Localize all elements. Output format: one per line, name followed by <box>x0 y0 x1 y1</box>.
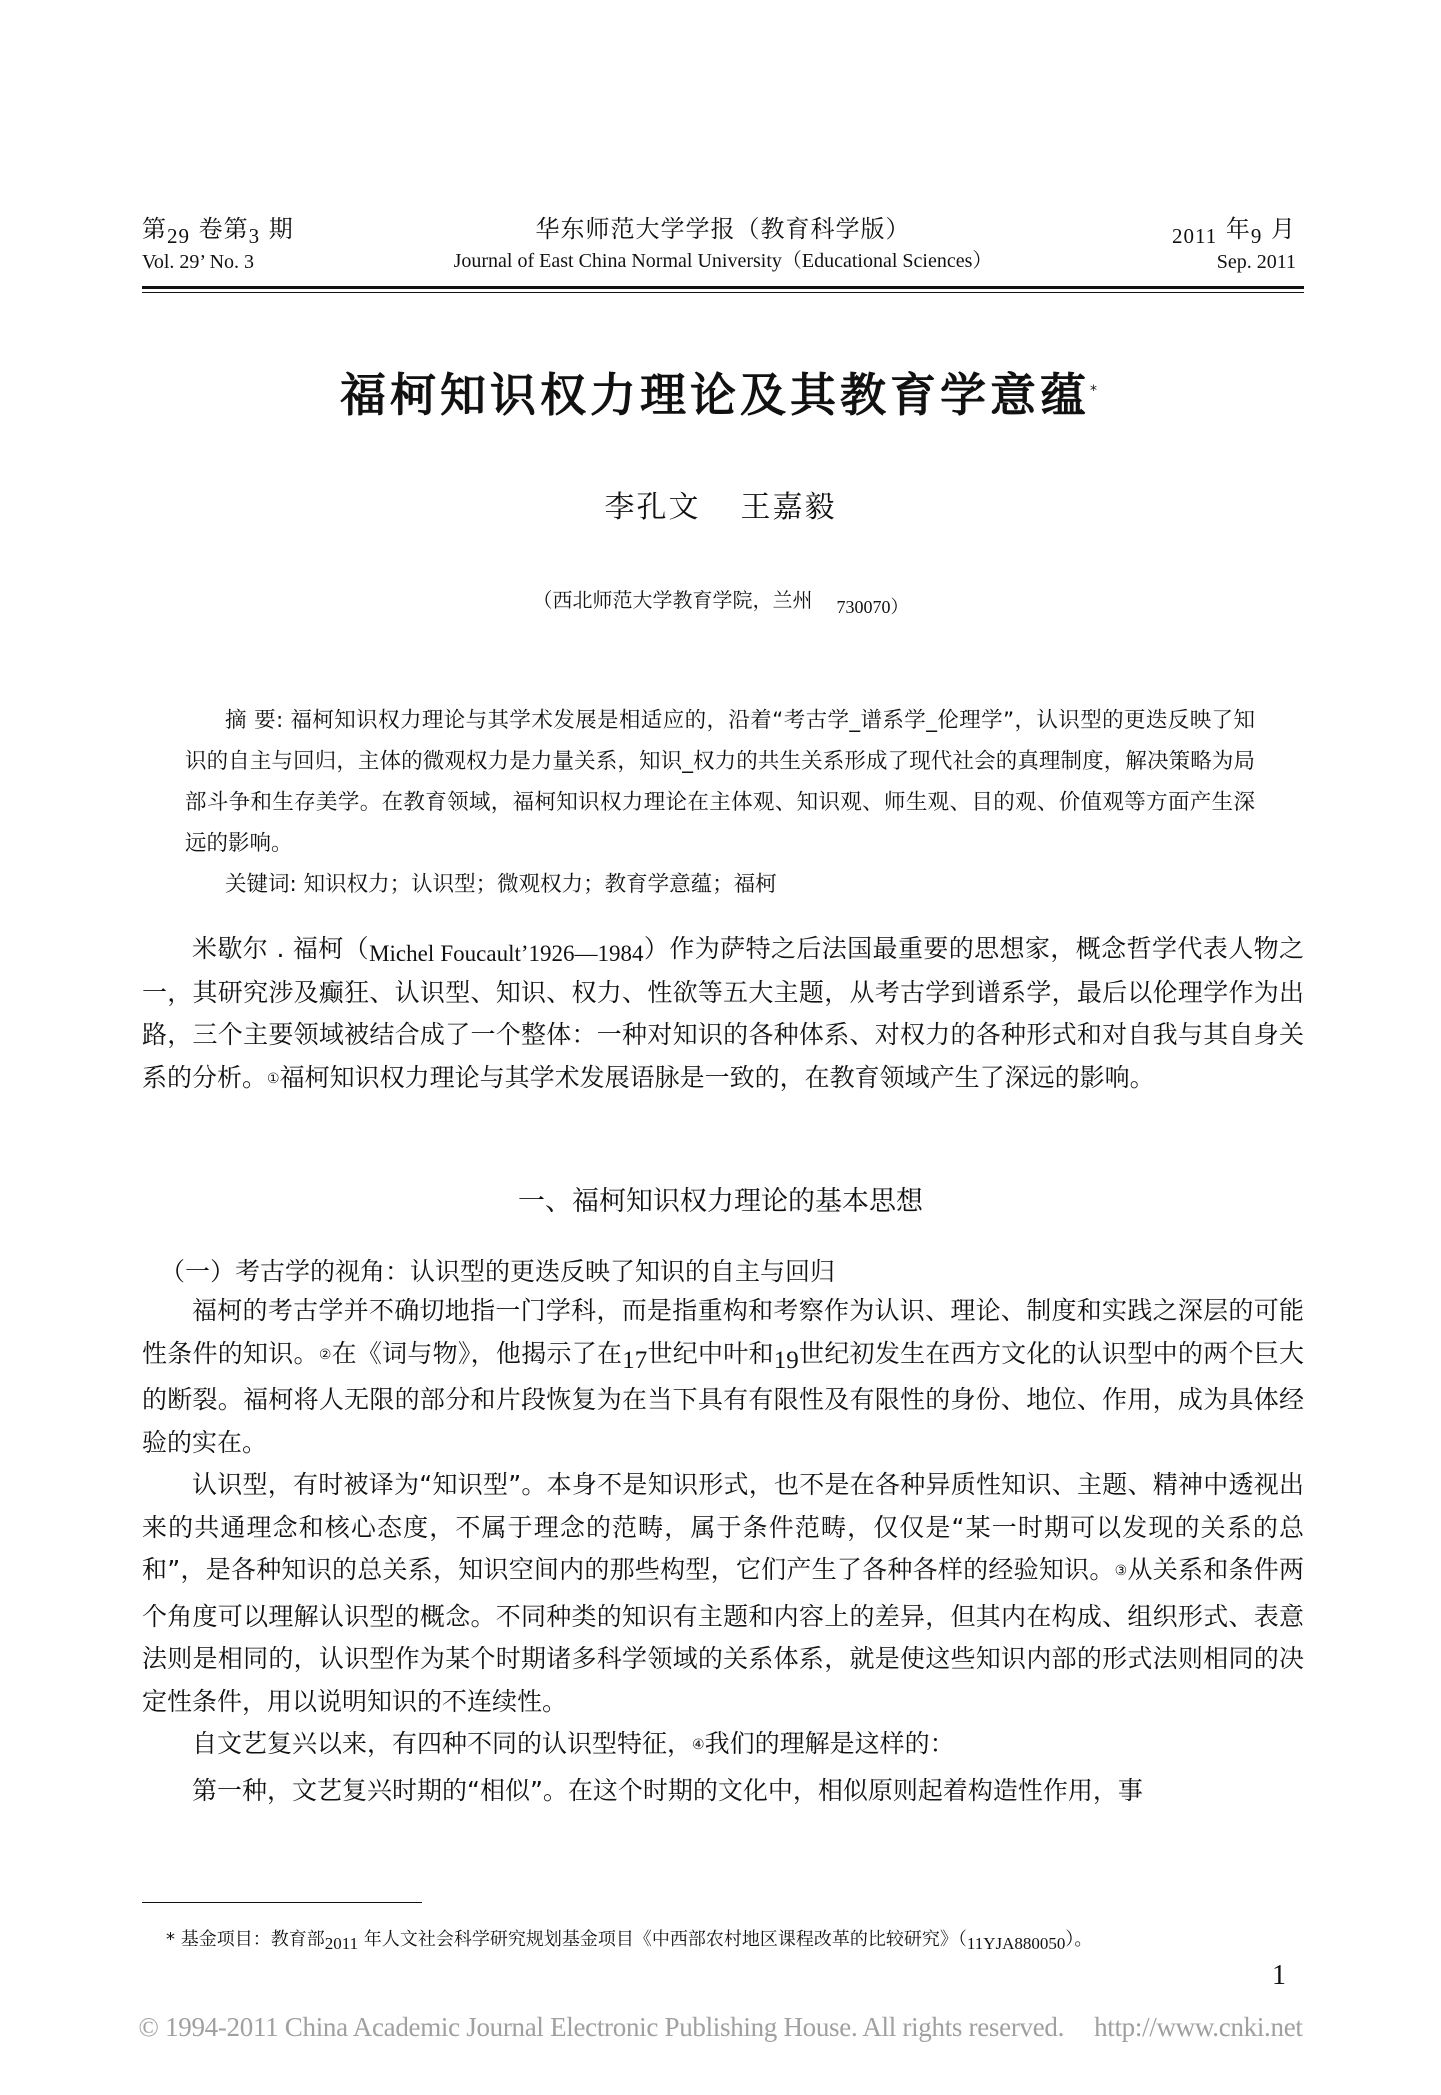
text-run: 年人文社会科学研究规划基金项目《中西部农村地区课程改革的比较研究》（ <box>364 1929 967 1950</box>
keywords-label: 关键词: <box>225 872 297 897</box>
section-1-body: 福柯的考古学并不确切地指一门学科，而是指重构和考察作为认识、理论、制度和实践之深… <box>142 1290 1304 1812</box>
pub-year-char: 年 <box>1226 215 1251 243</box>
text-run: 米歇尔 . 福柯（ <box>192 934 369 963</box>
keywords-text: 知识权力；认识型；微观权力；教育学意蕴；福柯 <box>304 872 777 897</box>
pub-year: 2011 <box>1172 224 1217 248</box>
article-title-text: 福柯知识权力理论及其教育学意蕴 <box>340 368 1090 422</box>
copyright-watermark: © 1994-2011 China Academic Journal Elect… <box>0 2012 1441 2043</box>
abstract: 摘 要: 福柯知识权力理论与其学术发展是相适应的，沿着“考古学_谱系学_伦理学”… <box>185 700 1255 864</box>
century-19: 19 <box>774 1347 799 1374</box>
section-heading-1: 一、福柯知识权力理论的基本思想 <box>0 1182 1441 1222</box>
subsection-heading-1-1: （一）考古学的视角：认识型的更迭反映了知识的自主与回归 <box>160 1252 835 1292</box>
footnote-ref-4[interactable]: ④ <box>692 1737 705 1753</box>
paragraph: 米歇尔 . 福柯（Michel Foucault’1926—1984）作为萨特之… <box>142 928 1304 1103</box>
affiliation: （西北师范大学教育学院，兰州730070） <box>0 585 1441 616</box>
text-run: 我们的理解是这样的： <box>705 1729 955 1758</box>
project-code: 11YJA880050 <box>967 1934 1066 1953</box>
author-2: 王嘉毅 <box>741 490 837 525</box>
text-run: 在《词与物》，他揭示了在 <box>332 1339 623 1368</box>
paragraph: 第一种，文艺复兴时期的“相似”。在这个时期的文化中，相似原则起着构造性作用，事 <box>142 1770 1304 1813</box>
footnote-rule <box>142 1902 422 1903</box>
foucault-name-en: Michel Foucault’1926—1984 <box>369 941 643 966</box>
text-run: 自文艺复兴以来，有四种不同的认识型特征， <box>192 1729 692 1758</box>
funding-footnote: * 基金项目：教育部2011 年人文社会科学研究规划基金项目《中西部农村地区课程… <box>166 1925 1092 1955</box>
cnki-url[interactable]: http://www.cnki.net <box>1094 2012 1303 2042</box>
footnote-ref-2[interactable]: ② <box>319 1347 332 1363</box>
abstract-label: 摘 要: <box>225 708 283 733</box>
pub-month: 9 <box>1251 224 1263 248</box>
keywords: 关键词: 知识权力；认识型；微观权力；教育学意蕴；福柯 <box>225 864 777 905</box>
paragraph: 自文艺复兴以来，有四种不同的认识型特征，④我们的理解是这样的： <box>142 1723 1304 1770</box>
title-footnote-mark: * <box>1090 383 1101 399</box>
article-title: 福柯知识权力理论及其教育学意蕴* <box>0 365 1441 425</box>
century-17: 17 <box>622 1347 647 1374</box>
funding-year: 2011 <box>325 1934 358 1953</box>
publication-date: 2011 年9 月 Sep. 2011 <box>1172 212 1296 277</box>
header-rule-thin <box>142 292 1304 293</box>
footnote-ref-1[interactable]: ① <box>267 1071 280 1087</box>
postal-code: 730070） <box>837 597 909 617</box>
journal-name: 华东师范大学学报（教育科学版） Journal of East China No… <box>142 212 1304 276</box>
journal-name-en: Journal of East China Normal University（… <box>142 246 1304 276</box>
authors: 李孔文王嘉毅 <box>0 488 1441 528</box>
journal-name-cn: 华东师范大学学报（教育科学版） <box>142 212 1304 246</box>
footnote-mark: * <box>166 1929 175 1950</box>
pub-date-en: Sep. 2011 <box>1172 247 1296 277</box>
header-rule-thick <box>142 286 1304 289</box>
author-1: 李孔文 <box>605 490 701 525</box>
affiliation-text: （西北师范大学教育学院，兰州 <box>533 588 813 612</box>
text-run: 基金项目：教育部 <box>181 1929 325 1950</box>
text-run: ）。 <box>1065 1929 1092 1950</box>
copyright-text: © 1994-2011 China Academic Journal Elect… <box>138 2012 1064 2042</box>
page-number: 1 <box>1272 1960 1286 1992</box>
paragraph: 福柯的考古学并不确切地指一门学科，而是指重构和考察作为认识、理论、制度和实践之深… <box>142 1290 1304 1464</box>
pub-month-char: 月 <box>1271 215 1296 243</box>
text-run: 第一种，文艺复兴时期的“相似”。在这个时期的文化中，相似原则起着构造性作用，事 <box>192 1776 1143 1805</box>
intro-section: 米歇尔 . 福柯（Michel Foucault’1926—1984）作为萨特之… <box>142 928 1304 1103</box>
text-run: 世纪中叶和 <box>647 1339 774 1368</box>
running-header: 第29 卷第3 期 Vol. 29’ No. 3 华东师范大学学报（教育科学版）… <box>142 212 1304 290</box>
footnote-ref-3[interactable]: ③ <box>1115 1563 1128 1579</box>
paragraph: 认识型，有时被译为“知识型”。本身不是知识形式，也不是在各种异质性知识、主题、精… <box>142 1464 1304 1723</box>
text-run: 福柯知识权力理论与其学术发展语脉是一致的，在教育领域产生了深远的影响。 <box>280 1063 1155 1092</box>
abstract-text: 福柯知识权力理论与其学术发展是相适应的，沿着“考古学_谱系学_伦理学”，认识型的… <box>185 708 1255 856</box>
